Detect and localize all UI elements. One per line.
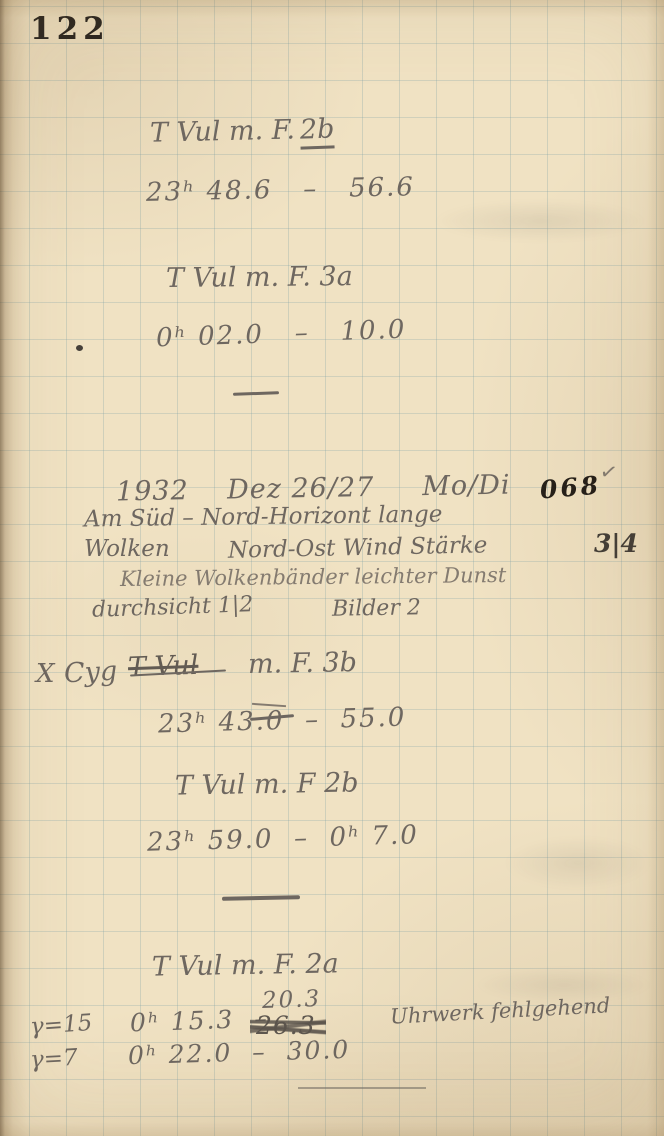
- row-1-gamma-label: γ=15: [29, 1010, 93, 1041]
- observation-2-time-interval: 0ʰ 02.0 – 10.0: [156, 316, 407, 355]
- margin-x-mark: X: [36, 660, 55, 690]
- checkmark-icon: ✓: [598, 459, 620, 486]
- clockwork-error-note: Uhrwerk fehlgehend: [390, 993, 611, 1029]
- observation-3-time-interval: 23ʰ 43.0 – 55.0: [158, 704, 407, 741]
- observation-2-title: T Vul m. F. 3a: [166, 261, 353, 294]
- notebook-page-scan: 122 T Vul m. F. 2b 23ʰ 48.6 – 56.6 T Vul…: [0, 0, 664, 1136]
- session-date: 1932 Dez 26/27 Mo/Di: [116, 470, 511, 508]
- margin-dot-mark: [76, 345, 83, 351]
- observation-1-title-filter: 2b: [299, 113, 335, 149]
- plate-number: 068: [539, 471, 602, 505]
- ink-bleed-ghost: [424, 198, 656, 244]
- observation-4-time-interval: 23ʰ 59.0 – 0ʰ 7.0: [147, 821, 420, 858]
- observation-4-title: T Vul m. F 2b: [175, 767, 359, 801]
- weather-note-line-1: Am Süd – Nord-Horizont lange: [84, 501, 443, 532]
- scribble-strikeout: [250, 1013, 326, 1041]
- observation-1-time-interval: 23ʰ 48.6 – 56.6: [146, 173, 416, 209]
- row-1-time-start: 0ʰ 15.3 –: [130, 1005, 270, 1039]
- observation-5-title: T Vul m. F. 2a: [152, 948, 339, 982]
- observation-3-title-rest: m. F. 3b: [248, 647, 357, 680]
- images-count-note: Bilder 2: [332, 595, 421, 622]
- wind-strength-value: 3|4: [594, 530, 638, 559]
- observation-3-star-name: Cyg: [63, 656, 118, 690]
- ink-bleed-ghost: [498, 834, 658, 892]
- row-2-time-interval: 0ʰ 22.0 – 30.0: [128, 1036, 351, 1071]
- weather-note-line-3: Kleine Wolkenbänder leichter Dunst: [120, 563, 507, 591]
- observation-1-title: T Vul m. F.: [150, 114, 304, 149]
- page-number: 122: [30, 12, 110, 48]
- transparency-note: durchsicht 1|2: [92, 592, 254, 623]
- divider-stroke: [222, 895, 300, 901]
- wind-direction-note: Nord-Ost Wind Stärke: [228, 532, 488, 564]
- faint-underline-stroke: [298, 1087, 426, 1089]
- divider-stroke: [233, 391, 279, 396]
- observation-3-struck-text: T Vul: [127, 650, 198, 683]
- weather-note-line-2: Wolken: [84, 536, 170, 562]
- row-2-gamma-label: γ=7: [29, 1045, 78, 1074]
